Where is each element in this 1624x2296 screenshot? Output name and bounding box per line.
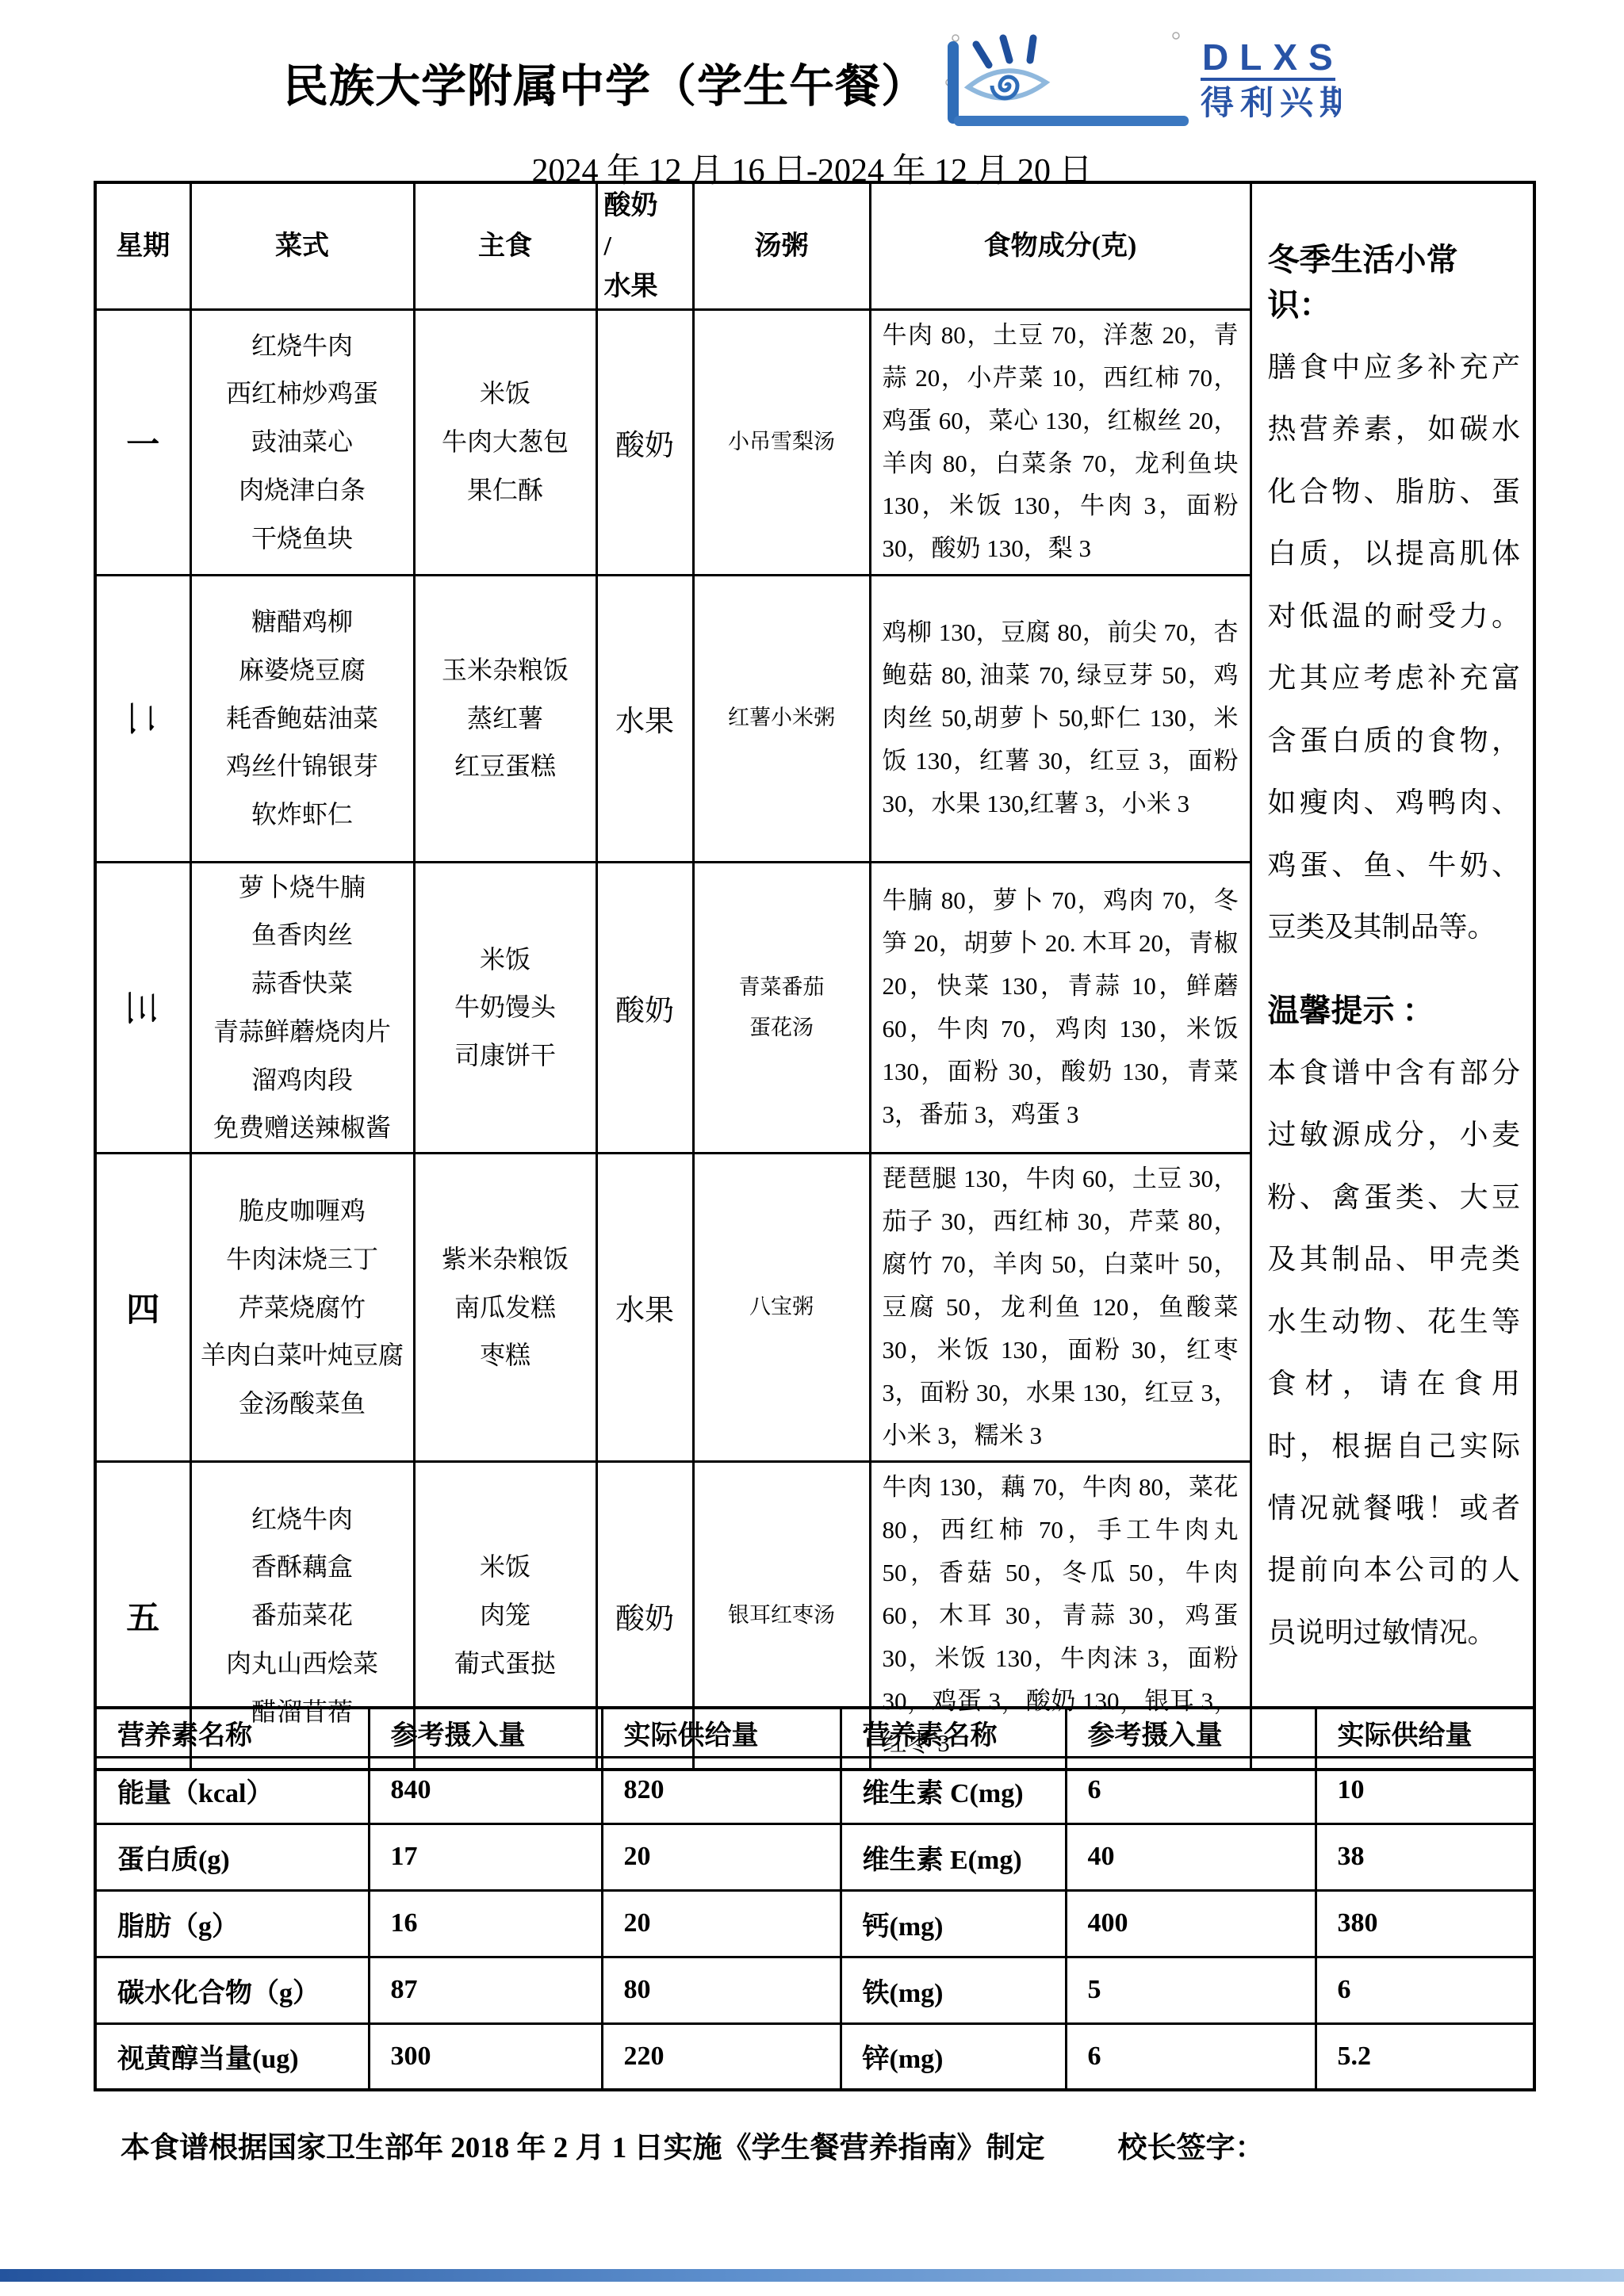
dishes-cell: 红烧牛肉 西红柿炒鸡蛋 豉油菜心 肉烧津白条 干烧鱼块: [190, 309, 414, 575]
nutrient-name: 碳水化合物（g）: [95, 1957, 369, 2023]
day-label: 一: [126, 427, 159, 464]
actual-supply: 20: [602, 1890, 841, 1957]
col-header-dishes: 菜式: [190, 182, 414, 309]
nut-col-header: 实际供给量: [1316, 1708, 1534, 1757]
logo-name: 得利兴斯: [1201, 85, 1341, 122]
reference-intake: 40: [1066, 1823, 1316, 1890]
handle-dot-icon: [1173, 33, 1179, 39]
yogurt-fruit-cell: 酸奶: [596, 309, 693, 575]
col-header-composition: 食物成分(克): [870, 182, 1251, 309]
eyelashes-icon: [976, 38, 1033, 65]
staple-cell: 米饭 牛奶馒头 司康饼干: [414, 862, 596, 1154]
handle-dot-icon: [952, 35, 959, 41]
page-header: 民族大学附属中学（学生午餐） DLXS 得利兴斯: [0, 32, 1624, 133]
soup-cell: 青菜番茄 蛋花汤: [693, 862, 870, 1154]
guideline-note: 本食谱根据国家卫生部年 2018 年 2 月 1 日实施《学生餐营养指南》制定: [121, 2132, 1045, 2164]
day-label: 二: [119, 702, 167, 735]
page-title: 民族大学附属中学（学生午餐）: [283, 50, 927, 115]
nut-col-header: 参考摄入量: [1066, 1708, 1316, 1757]
actual-supply: 20: [602, 1823, 841, 1890]
nutrient-name: 铁(mg): [841, 1957, 1066, 2023]
tips-title-winter: 冬季生活小常识：: [1268, 235, 1521, 325]
nutrition-table: 营养素名称 参考摄入量 实际供给量 营养素名称 参考摄入量 实际供给量 能量（k…: [94, 1706, 1536, 2091]
staple-cell: 紫米杂粮饭 南瓜发糕 枣糕: [414, 1154, 596, 1462]
soup-cell: 八宝粥: [693, 1154, 870, 1462]
actual-supply: 38: [1316, 1823, 1534, 1890]
nutrition-row-protein: 蛋白质(g) 17 20 维生素 E(mg) 40 38: [95, 1823, 1534, 1890]
signature-label: 校长签字：: [1118, 2132, 1265, 2164]
dishes-cell: 脆皮咖喱鸡 牛肉沫烧三丁 芹菜烧腐竹 羊肉白菜叶炖豆腐 金汤酸菜鱼: [190, 1154, 414, 1462]
dishes-cell: 糖醋鸡柳 麻婆烧豆腐 耗香鲍菇油菜 鸡丝什锦银芽 软炸虾仁: [190, 575, 414, 862]
col-header-staple: 主食: [414, 182, 596, 309]
composition-cell: 牛肉 80，土豆 70，洋葱 20，青蒜 20，小芹菜 10，西红柿 70，鸡蛋…: [870, 309, 1251, 575]
nutrient-name: 钙(mg): [841, 1890, 1066, 1957]
yogurt-fruit-cell: 酸奶: [596, 862, 693, 1154]
nutrient-name: 脂肪（g）: [95, 1890, 369, 1957]
col-header-soup: 汤粥: [693, 182, 870, 309]
reference-intake: 840: [369, 1757, 602, 1823]
col-header-yogurt-fruit: 酸奶 / 水果: [596, 182, 693, 309]
dlxs-logo: DLXS 得利兴斯: [944, 32, 1341, 133]
nutrition-row-retinol: 视黄醇当量(ug) 300 220 锌(mg) 6 5.2: [95, 2023, 1534, 2090]
soup-cell: 小吊雪梨汤: [693, 309, 870, 575]
actual-supply: 220: [602, 2023, 841, 2090]
composition-cell: 牛腩 80，萝卜 70，鸡肉 70，冬笋 20，胡萝卜 20. 木耳 20，青椒…: [870, 862, 1251, 1154]
col-header-day: 星期: [95, 182, 190, 309]
logo-underline: [1201, 78, 1335, 81]
nutrition-row-fat: 脂肪（g） 16 20 钙(mg) 400 380: [95, 1890, 1534, 1957]
reference-intake: 17: [369, 1823, 602, 1890]
day-cell: 三: [95, 862, 190, 1154]
actual-supply: 6: [1316, 1957, 1534, 2023]
actual-supply: 380: [1316, 1890, 1534, 1957]
staple-cell: 米饭 牛肉大葱包 果仁酥: [414, 309, 596, 575]
day-label: 四: [126, 1292, 159, 1329]
day-cell: 四: [95, 1154, 190, 1462]
tips-body-allergy: 本食谱中含有部分过敏源成分，小麦粉、禽蛋类、大豆及其制品、甲壳类水生动物、花生等…: [1268, 1042, 1521, 1664]
day-cell: 二: [95, 575, 190, 862]
nutrition-header-row: 营养素名称 参考摄入量 实际供给量 营养素名称 参考摄入量 实际供给量: [95, 1708, 1534, 1757]
composition-cell: 琵琶腿 130，牛肉 60，土豆 30，茄子 30，西红柿 30，芹菜 80，腐…: [870, 1154, 1251, 1462]
logo-acronym: DLXS: [1202, 36, 1341, 78]
day-cell: 一: [95, 309, 190, 575]
footer-note-line: 本食谱根据国家卫生部年 2018 年 2 月 1 日实施《学生餐营养指南》制定校…: [121, 2123, 1265, 2166]
composition-cell: 鸡柳 130，豆腐 80，前尖 70，杏鲍菇 80, 油菜 70, 绿豆芽 50…: [870, 575, 1251, 862]
nutrition-row-carbs: 碳水化合物（g） 87 80 铁(mg) 5 6: [95, 1957, 1534, 2023]
bottom-decorative-bar: [0, 2269, 1624, 2282]
soup-cell: 红薯小米粥: [693, 575, 870, 862]
eye-spiral-icon: [968, 71, 1046, 98]
tips-body-winter: 膳食中应多补充产热营养素，如碳水化合物、脂肪、蛋白质，以提高肌体对低温的耐受力。…: [1268, 336, 1521, 959]
day-label: 五: [126, 1601, 159, 1637]
nutrient-name: 维生素 E(mg): [841, 1823, 1066, 1890]
tips-title-allergy: 温馨提示 ：: [1268, 985, 1521, 1031]
nut-col-header: 参考摄入量: [369, 1708, 602, 1757]
day-label: 三: [119, 991, 167, 1024]
actual-supply: 10: [1316, 1757, 1534, 1823]
nutrient-name: 视黄醇当量(ug): [95, 2023, 369, 2090]
nut-col-header: 营养素名称: [95, 1708, 369, 1757]
reference-intake: 6: [1066, 2023, 1316, 2090]
nutrient-name: 蛋白质(g): [95, 1823, 369, 1890]
logo-bottom-bar: [954, 116, 1189, 126]
menu-header-row: 星期 菜式 主食 酸奶 / 水果 汤粥 食物成分(克) 冬季生活小常识： 膳食中…: [95, 182, 1534, 309]
reference-intake: 87: [369, 1957, 602, 2023]
nutrition-row-energy: 能量（kcal） 840 820 维生素 C(mg) 6 10: [95, 1757, 1534, 1823]
logo-left-bar: [948, 41, 959, 124]
nutrient-name: 能量（kcal）: [95, 1757, 369, 1823]
reference-intake: 6: [1066, 1757, 1316, 1823]
reference-intake: 16: [369, 1890, 602, 1957]
reference-intake: 5: [1066, 1957, 1316, 2023]
actual-supply: 820: [602, 1757, 841, 1823]
dishes-cell: 萝卜烧牛腩 鱼香肉丝 蒜香快菜 青蒜鲜蘑烧肉片 溜鸡肉段 免费赠送辣椒酱: [190, 862, 414, 1154]
reference-intake: 300: [369, 2023, 602, 2090]
nut-col-header: 营养素名称: [841, 1708, 1066, 1757]
staple-cell: 玉米杂粮饭 蒸红薯 红豆蛋糕: [414, 575, 596, 862]
nutrient-name: 锌(mg): [841, 2023, 1066, 2090]
reference-intake: 400: [1066, 1890, 1316, 1957]
yogurt-fruit-cell: 水果: [596, 1154, 693, 1462]
actual-supply: 80: [602, 1957, 841, 2023]
tips-panel: 冬季生活小常识： 膳食中应多补充产热营养素，如碳水化合物、脂肪、蛋白质，以提高肌…: [1251, 182, 1534, 1770]
nut-col-header: 实际供给量: [602, 1708, 841, 1757]
menu-table: 星期 菜式 主食 酸奶 / 水果 汤粥 食物成分(克) 冬季生活小常识： 膳食中…: [94, 181, 1536, 1771]
actual-supply: 5.2: [1316, 2023, 1534, 2090]
menu-document-page: 民族大学附属中学（学生午餐） DLXS 得利兴斯 2024 年 12 月 16 …: [0, 0, 1624, 2296]
yogurt-fruit-cell: 水果: [596, 575, 693, 862]
nutrient-name: 维生素 C(mg): [841, 1757, 1066, 1823]
